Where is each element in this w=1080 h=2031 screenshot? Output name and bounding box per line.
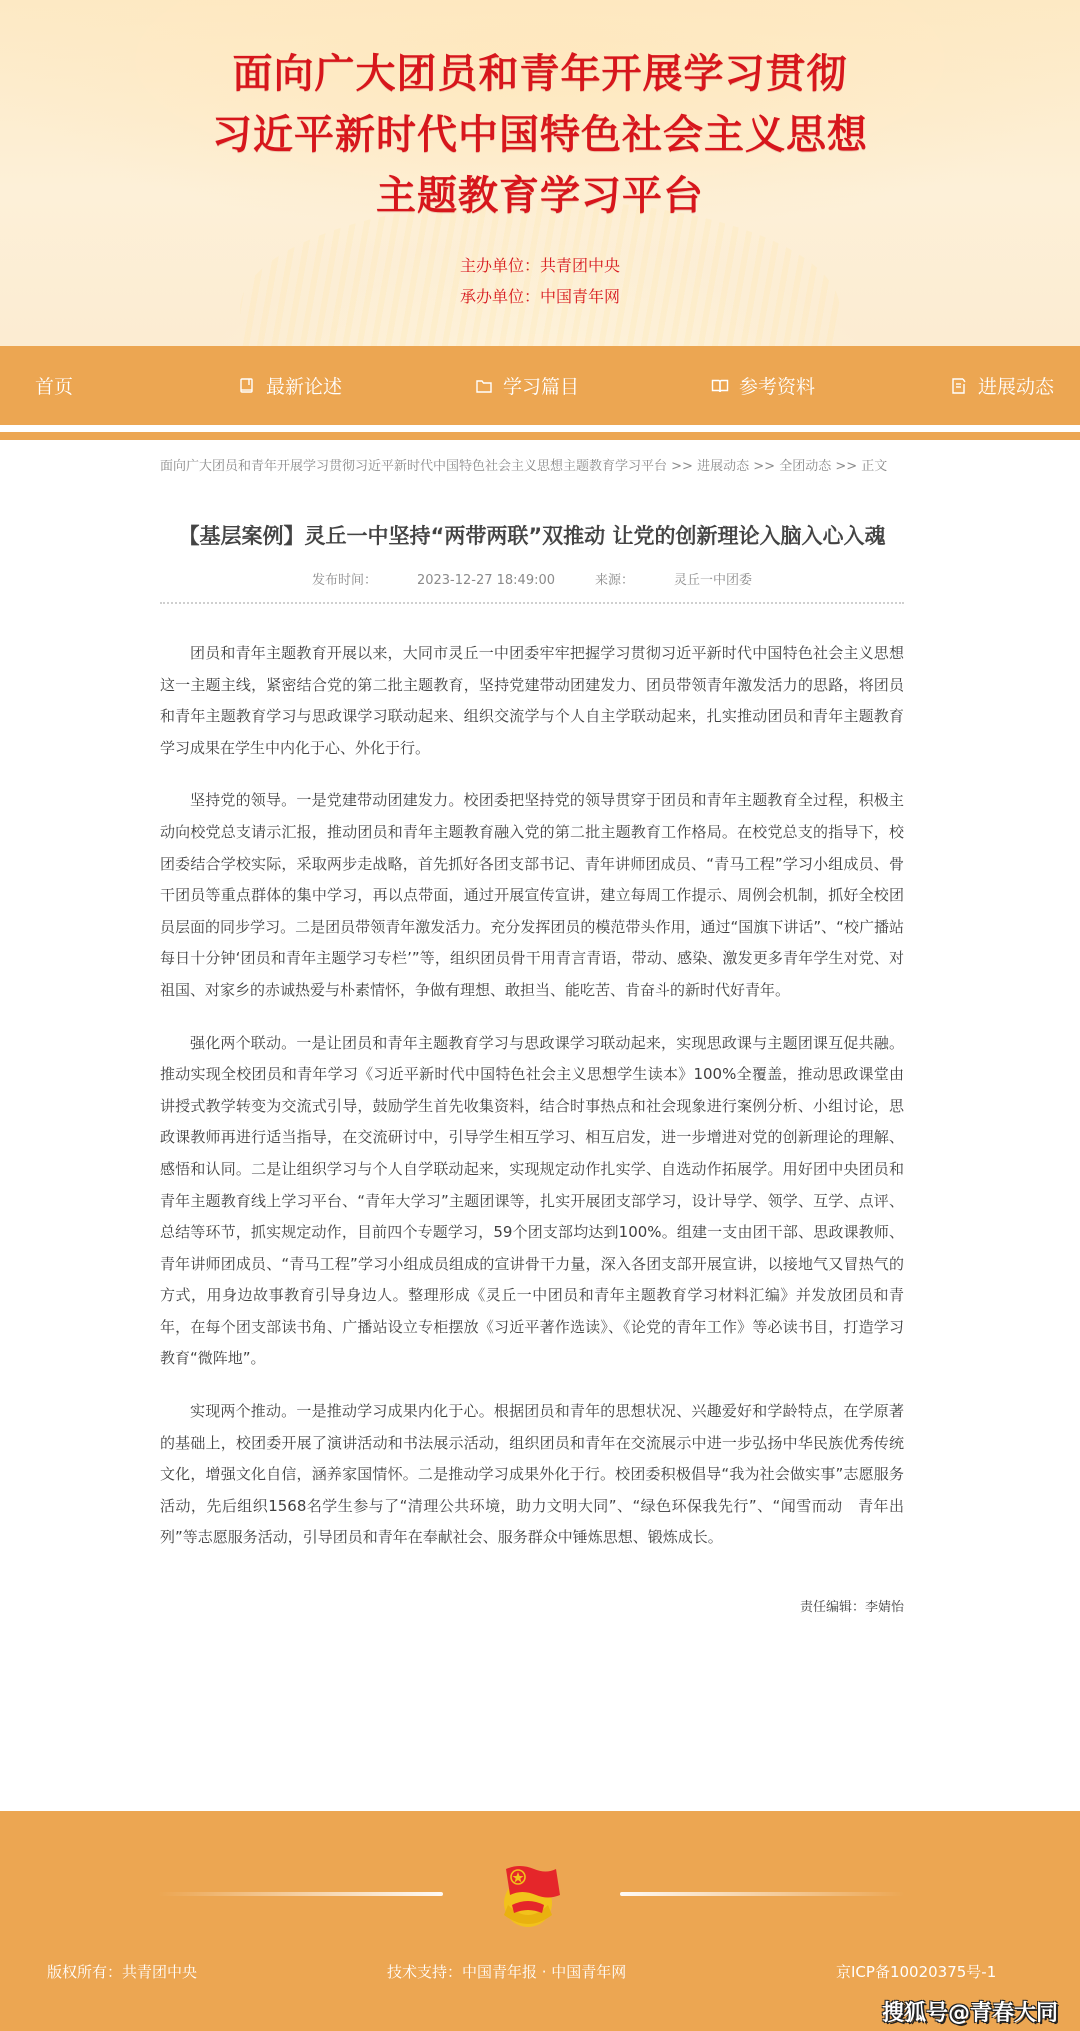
editor-name: 李婧怡 xyxy=(865,1600,904,1615)
publish-time-value: 2023-12-27 18:49:00 xyxy=(417,573,555,588)
nav-item-label: 学习篇目 xyxy=(503,372,579,399)
book-icon xyxy=(238,377,256,395)
nav-divider-stripe xyxy=(0,432,1080,440)
breadcrumb-separator: >> xyxy=(753,459,775,474)
footer-tech-support: 技术支持：中国青年报 · 中国青年网 xyxy=(387,1961,626,1982)
footer-decor-line-right xyxy=(620,1892,905,1896)
editor-label: 责任编辑： xyxy=(800,1600,865,1615)
nav-item-label: 首页 xyxy=(35,372,73,399)
platform-title-line-1: 面向广大团员和青年开展学习贯彻 xyxy=(0,44,1080,105)
platform-title-line-2: 习近平新时代中国特色社会主义思想 xyxy=(0,105,1080,166)
breadcrumb-current: 正文 xyxy=(861,459,887,474)
breadcrumb-separator: >> xyxy=(835,459,857,474)
nav-item-latest-remarks[interactable]: 最新论述 xyxy=(238,346,342,425)
breadcrumb-platform[interactable]: 面向广大团员和青年开展学习贯彻习近平新时代中国特色社会主义思想主题教育学习平台 xyxy=(160,459,667,474)
folder-icon xyxy=(475,377,493,395)
article-meta: 发布时间：2023-12-27 18:49:00来源：灵丘一中团委 xyxy=(160,569,904,588)
article-paragraph: 实现两个推动。一是推动学习成果内化于心。根据团员和青年的思想状况、兴趣爱好和学龄… xyxy=(160,1396,904,1554)
nav-item-progress-updates[interactable]: 进展动态 xyxy=(950,346,1054,425)
open-book-icon xyxy=(711,377,729,395)
breadcrumb: 面向广大团员和青年开展学习贯彻习近平新时代中国特色社会主义思想主题教育学习平台 … xyxy=(160,452,904,482)
article: 面向广大团员和青年开展学习贯彻习近平新时代中国特色社会主义思想主题教育学习平台 … xyxy=(160,440,904,1615)
article-title: 【基层案例】灵丘一中坚持“两带两联”双推动 让党的创新理论入脑入心入魂 xyxy=(160,516,904,556)
youth-league-emblem-icon xyxy=(498,1861,564,1931)
platform-title-line-3: 主题教育学习平台 xyxy=(0,166,1080,227)
nav-item-label: 最新论述 xyxy=(266,372,342,399)
article-paragraph: 团员和青年主题教育开展以来，大同市灵丘一中团委牢牢把握学习贯彻习近平新时代中国特… xyxy=(160,638,904,764)
responsible-editor: 责任编辑：李婧怡 xyxy=(160,1596,904,1615)
article-paragraph: 坚持党的领导。一是党建带动团建发力。校团委把坚持党的领导贯穿于团员和青年主题教育… xyxy=(160,785,904,1006)
breadcrumb-separator: >> xyxy=(671,459,693,474)
edit-note-icon xyxy=(950,377,968,395)
source: 来源：灵丘一中团委 xyxy=(595,573,752,588)
footer-icp-link[interactable]: 京ICP备10020375号-1 xyxy=(836,1961,996,1982)
organizer-unit: 承办单位：中国青年网 xyxy=(0,281,1080,312)
nav-item-home[interactable]: 首页 xyxy=(35,346,73,425)
sohu-watermark: 搜狐号@青春大同 xyxy=(882,1996,1058,2027)
footer-decor-line-left xyxy=(158,1892,443,1896)
breadcrumb-progress-updates[interactable]: 进展动态 xyxy=(697,459,749,474)
main-nav: 首页 最新论述 学习篇目 参考资料 进展动态 xyxy=(0,346,1080,425)
article-paragraph: 强化两个联动。一是让团员和青年主题教育学习与思政课学习联动起来，实现思政课与主题… xyxy=(160,1028,904,1376)
footer: 版权所有：共青团中央 技术支持：中国青年报 · 中国青年网 京ICP备10020… xyxy=(0,1811,1080,2031)
nav-divider-gap xyxy=(0,425,1080,432)
article-body: 团员和青年主题教育开展以来，大同市灵丘一中团委牢牢把握学习贯彻习近平新时代中国特… xyxy=(160,638,904,1554)
header-banner: 面向广大团员和青年开展学习贯彻 习近平新时代中国特色社会主义思想 主题教育学习平… xyxy=(0,0,1080,346)
source-value: 灵丘一中团委 xyxy=(674,573,752,588)
footer-copyright: 版权所有：共青团中央 xyxy=(47,1961,197,1982)
publish-time: 发布时间：2023-12-27 18:49:00 xyxy=(312,573,555,588)
breadcrumb-league-updates[interactable]: 全团动态 xyxy=(779,459,831,474)
source-label: 来源： xyxy=(595,573,634,588)
dotted-divider xyxy=(160,602,904,604)
nav-item-label: 进展动态 xyxy=(978,372,1054,399)
sponsor-info: 主办单位：共青团中央 承办单位：中国青年网 xyxy=(0,250,1080,312)
nav-item-label: 参考资料 xyxy=(739,372,815,399)
nav-item-reference-materials[interactable]: 参考资料 xyxy=(711,346,815,425)
publish-time-label: 发布时间： xyxy=(312,573,377,588)
nav-item-study-articles[interactable]: 学习篇目 xyxy=(475,346,579,425)
host-unit: 主办单位：共青团中央 xyxy=(0,250,1080,281)
platform-title: 面向广大团员和青年开展学习贯彻 习近平新时代中国特色社会主义思想 主题教育学习平… xyxy=(0,44,1080,227)
